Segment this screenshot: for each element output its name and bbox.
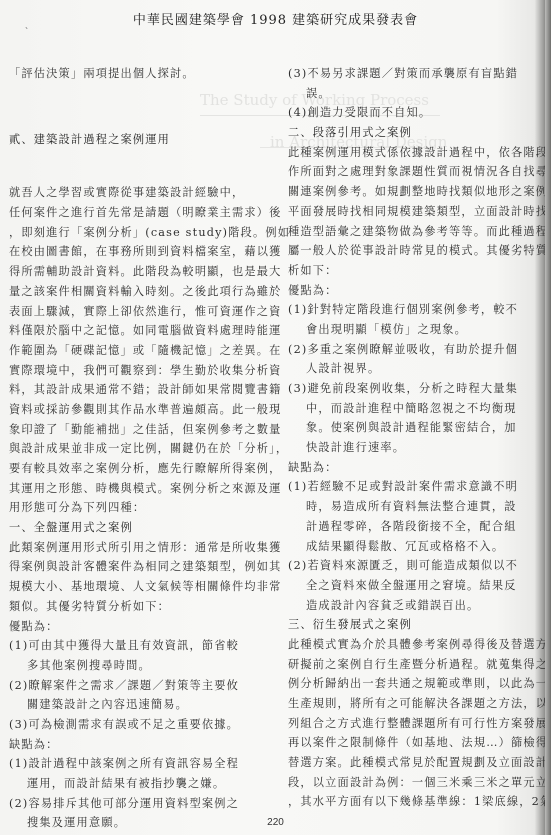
- section-heading: 貳、建築設計過程之案例運用: [9, 130, 271, 150]
- text-line: 「評估決策」兩項提出個人探討。: [9, 64, 271, 84]
- text-line: 類似。其優劣特質分析如下：: [9, 597, 271, 617]
- text-line: 實際環境中，我們可觀察到：學生勤於收集分析資: [9, 361, 271, 381]
- text-line: 運用，而設計結果有被指抄襲之嫌。: [9, 774, 271, 794]
- text-line: (3)不易另求課題／對策而承襲原有盲點錯: [288, 64, 546, 84]
- text-line: 料，其設計成果通常不錯；設計師如果常閱覽書籍: [9, 380, 271, 400]
- text-line: (1)可由其中獲得大量且有效資訊，節省較: [9, 636, 271, 656]
- text-line: 料僅限於腦中之記憶。如同電腦做資料處理時能運: [9, 321, 271, 341]
- text-line: ，其水平方面有以下幾條基準線：1梁底線，2氣: [288, 792, 546, 812]
- text-line: 缺點為：: [288, 458, 546, 478]
- text-line: ，即刻進行「案例分析」(case study)階段。例如: [9, 223, 271, 243]
- text-line: 段，以立面設計為例：一個三米乘三米之單元立面: [288, 773, 546, 793]
- text-line: 任何案件之進行首先常是請題（明瞭業主需求）後: [9, 203, 271, 223]
- text-line: (4)創造力受限而不自知。: [288, 103, 546, 123]
- text-line: 全之資料來做全盤運用之窘境。結果反: [288, 576, 546, 596]
- text-line: 快設計進行速率。: [288, 438, 546, 458]
- text-line: 計過程零碎，各階段銜接不全，配合組: [288, 517, 546, 537]
- text-line: (1)設計過程中該案例之所有資訊容易全程: [9, 754, 271, 774]
- page-number: 220: [0, 817, 551, 828]
- text-line: 種造型語彙之建築物做為參考等等。而此種過程是: [288, 222, 546, 242]
- text-line: 屬一般人於從事設計時常見的模式。其優劣特質分: [288, 241, 546, 261]
- text-line: 研擬前之案例自行生產暨分析過程。就蒐集得之案: [288, 655, 546, 675]
- text-line: 中，而設計進程中簡略忽視之不均衡現: [288, 399, 546, 419]
- text-line: 此種模式實為介於具體參考案例尋得後及替選方案: [288, 635, 546, 655]
- section-heading: 一、全盤運用式之案例: [9, 518, 271, 538]
- text-line: 得所需輔助設計資料。此階段為較明顯，也是最大: [9, 262, 271, 282]
- paragraph-gap: [9, 84, 271, 130]
- text-line: 時，易造成所有資料無法整合連貫，設: [288, 497, 546, 517]
- text-line: 誤。: [288, 84, 546, 104]
- text-line: 作所面對之處理對象課題性質而視情況各自找尋相: [288, 162, 546, 182]
- text-line: 在校由圖書館，在事務所則到資料檔案室，藉以獲: [9, 242, 271, 262]
- text-line: 規模大小、基地環境、人文氣候等相關條件均非常: [9, 577, 271, 597]
- text-line: 關建築設計之內容迅速簡易。: [9, 695, 271, 715]
- text-line: 多其他案例搜尋時間。: [9, 656, 271, 676]
- text-line: 關連案例參考。如規劃整地時找類似地形之案例，: [288, 182, 546, 202]
- text-line: (3)避免前段案例收集，分析之時程大量集: [288, 379, 546, 399]
- section-heading: 三、衍生發展式之案例: [288, 615, 546, 635]
- text-line: (1)若經驗不足或對設計案件需求意識不明: [288, 477, 546, 497]
- text-line: 資料或採訪參觀則其作品水準普遍頗高。此一般現: [9, 400, 271, 420]
- text-line: (2)容易排斥其他可部分運用資料型案例之: [9, 794, 271, 814]
- left-column: 「評估決策」兩項提出個人探討。貳、建築設計過程之案例運用就吾人之學習或實際從事建…: [9, 64, 271, 833]
- text-line: 析如下：: [288, 261, 546, 281]
- text-line: 優點為：: [9, 617, 271, 637]
- text-line: 得案例與設計客體案件為相同之建築類型，例如其: [9, 557, 271, 577]
- text-line: (2)多重之案例瞭解並吸收，有助於提升個: [288, 340, 546, 360]
- text-line: (3)可為檢測需求有誤或不足之重要依據。: [9, 715, 271, 735]
- text-line: 成結果顯得鬆散、冗瓦或格格不入。: [288, 537, 546, 557]
- scan-edge-shadow: [545, 0, 551, 835]
- text-line: (1)針對特定階段進行個別案例參考，較不: [288, 300, 546, 320]
- text-line: 其運用之形態、時機與模式。案例分析之來源及運: [9, 479, 271, 499]
- text-line: 此種案例運用模式係依據設計過程中，依各階段工: [288, 143, 546, 163]
- text-line: 生產規則，將所有之可能解決各課題之方法，以排: [288, 694, 546, 714]
- text-line: 列組合之方式進行整體課題所有可行性方案發展，: [288, 714, 546, 734]
- scanned-page: The Study of Working Process in Architec…: [0, 0, 551, 835]
- text-line: 人設計視界。: [288, 359, 546, 379]
- text-line: 就吾人之學習或實際從事建築設計經驗中，: [9, 183, 271, 203]
- text-line: 造成設計內容貧乏或錯誤百出。: [288, 596, 546, 616]
- text-line: 用形態可分為下列四種：: [9, 498, 271, 518]
- paragraph-gap: [9, 149, 271, 183]
- text-line: 量之該案件相關資料輸入時刻。之後此項行為雖於: [9, 282, 271, 302]
- text-line: 再以案件之限制條件（如基地、法規…）篩檢得出: [288, 733, 546, 753]
- text-line: 優點為：: [288, 281, 546, 301]
- text-line: (2)瞭解案件之需求／課題／對策等主要攸: [9, 676, 271, 696]
- text-line: 缺點為：: [9, 735, 271, 755]
- section-heading: 二、段落引用式之案例: [288, 123, 546, 143]
- text-line: 與設計成果並非成一定比例，關鍵仍在於「分析」，: [9, 439, 271, 459]
- text-line: 替選方案。此種模式常見於配置規劃及立面設計階: [288, 753, 546, 773]
- text-line: (2)若資料來源匱乏，則可能造成類似以不: [288, 556, 546, 576]
- text-line: 作範圍為「硬碟記憶」或「隨機記憶」之差異。在: [9, 341, 271, 361]
- text-line: 會出現明顯「模仿」之現象。: [288, 320, 546, 340]
- text-line: 平面發展時找相同規模建築類型，立面設計時找各: [288, 202, 546, 222]
- text-line: 象印證了「勤能補拙」之佳話，但案例參考之數量: [9, 420, 271, 440]
- text-line: 要有較具效率之案例分析，應先行瞭解所得案例，: [9, 459, 271, 479]
- text-line: 象。使案例與設計過程能緊密結合，加: [288, 418, 546, 438]
- running-head: 中華民國建築學會 1998 建築研究成果發表會: [0, 9, 551, 28]
- text-line: 此類案例運用形式所引用之情形：通常是所收集獲: [9, 538, 271, 558]
- right-column: (3)不易另求課題／對策而承襲原有盲點錯誤。(4)創造力受限而不自知。二、段落引…: [288, 64, 546, 812]
- text-line: 表面上驟減，實際上卻依然進行，惟可資運作之資: [9, 302, 271, 322]
- text-line: 例分析歸納出一套共通之規範或準則，以此為一套: [288, 674, 546, 694]
